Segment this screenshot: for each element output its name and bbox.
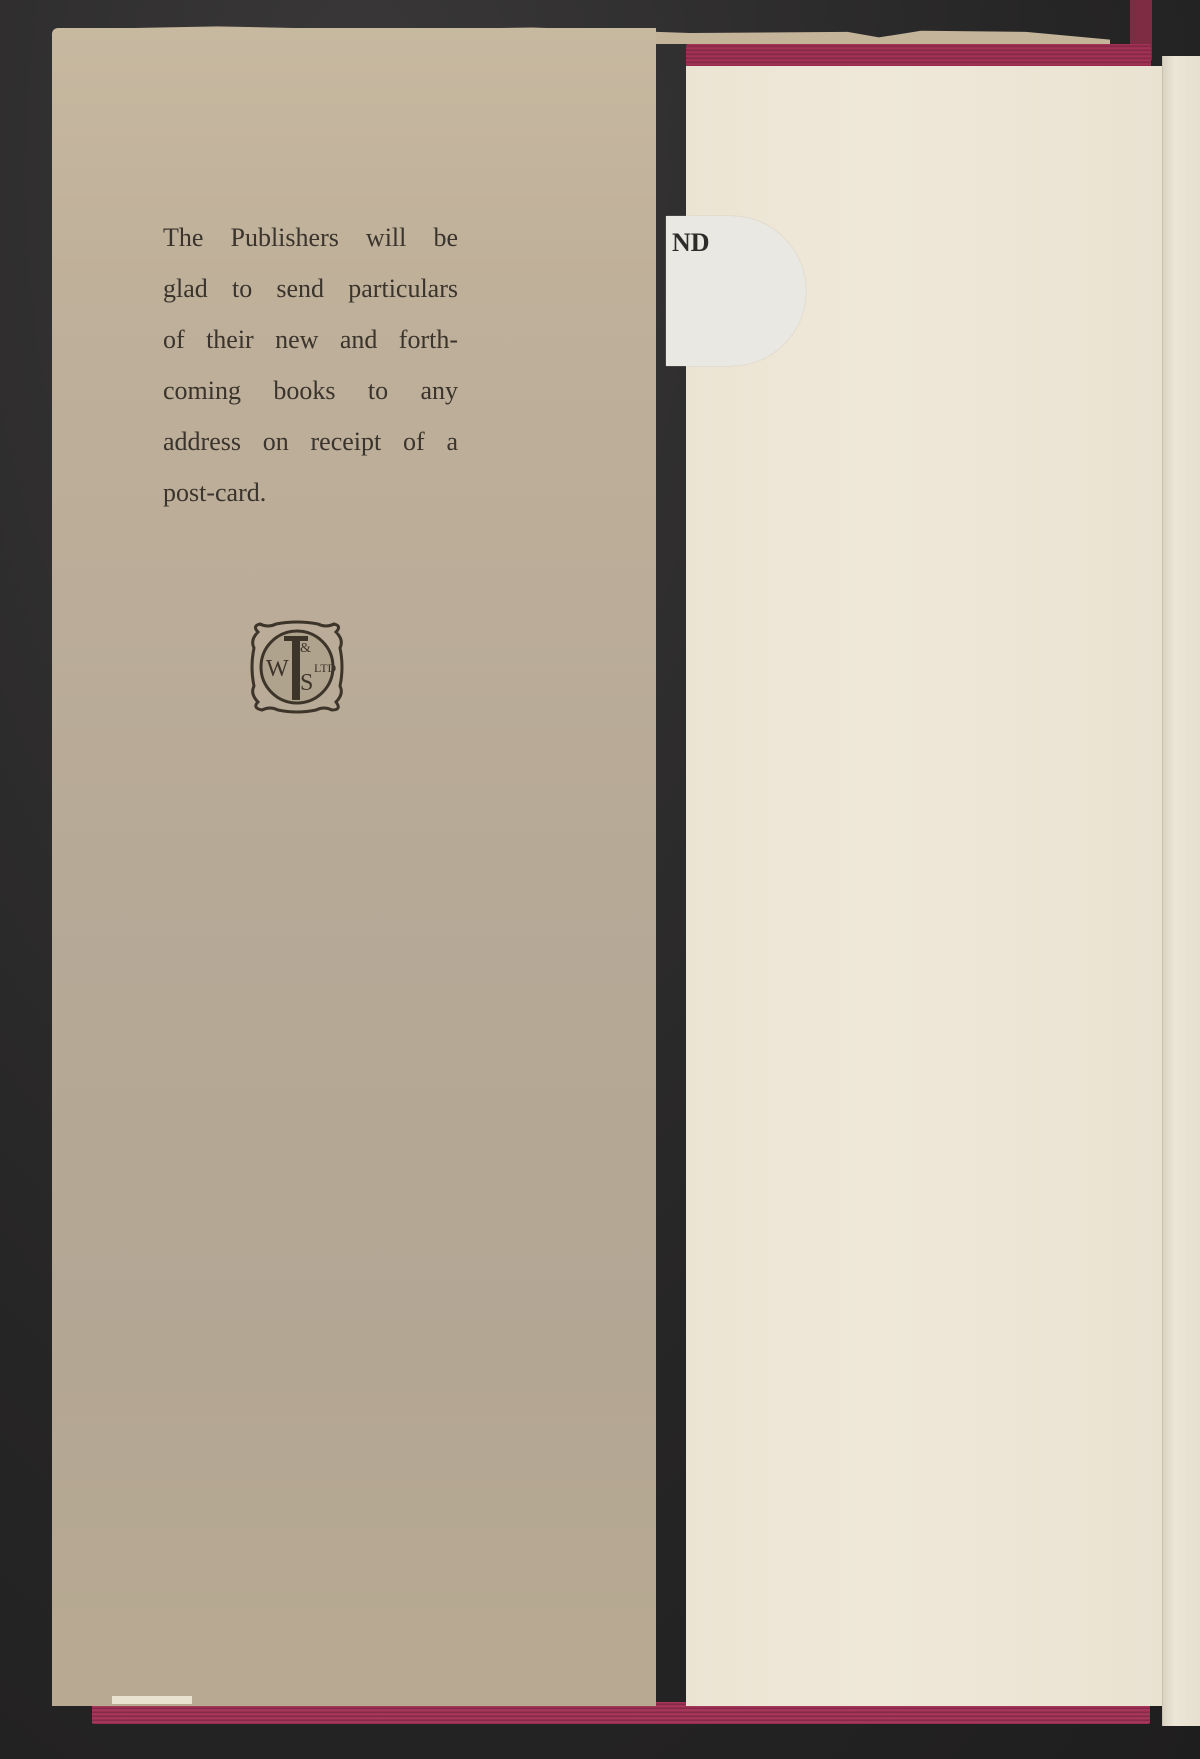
publisher-notice: The Publishers will be glad to send part… — [163, 212, 458, 518]
notice-line: post-card. — [163, 467, 458, 518]
notice-line: coming books to any — [163, 365, 458, 416]
svg-text:LTD: LTD — [314, 661, 337, 675]
paper-strip — [112, 1696, 192, 1704]
notice-line: of their new and forth- — [163, 314, 458, 365]
notice-line: glad to send particulars — [163, 263, 458, 314]
svg-text:W: W — [266, 656, 289, 682]
svg-text:&: & — [300, 641, 311, 656]
publisher-monogram-icon: W & S LTD — [248, 618, 346, 716]
library-label-text: ND — [672, 228, 710, 258]
notice-line: address on receipt of a — [163, 416, 458, 467]
svg-text:S: S — [300, 670, 313, 696]
notice-line: The Publishers will be — [163, 212, 458, 263]
page-edges — [1162, 56, 1200, 1726]
